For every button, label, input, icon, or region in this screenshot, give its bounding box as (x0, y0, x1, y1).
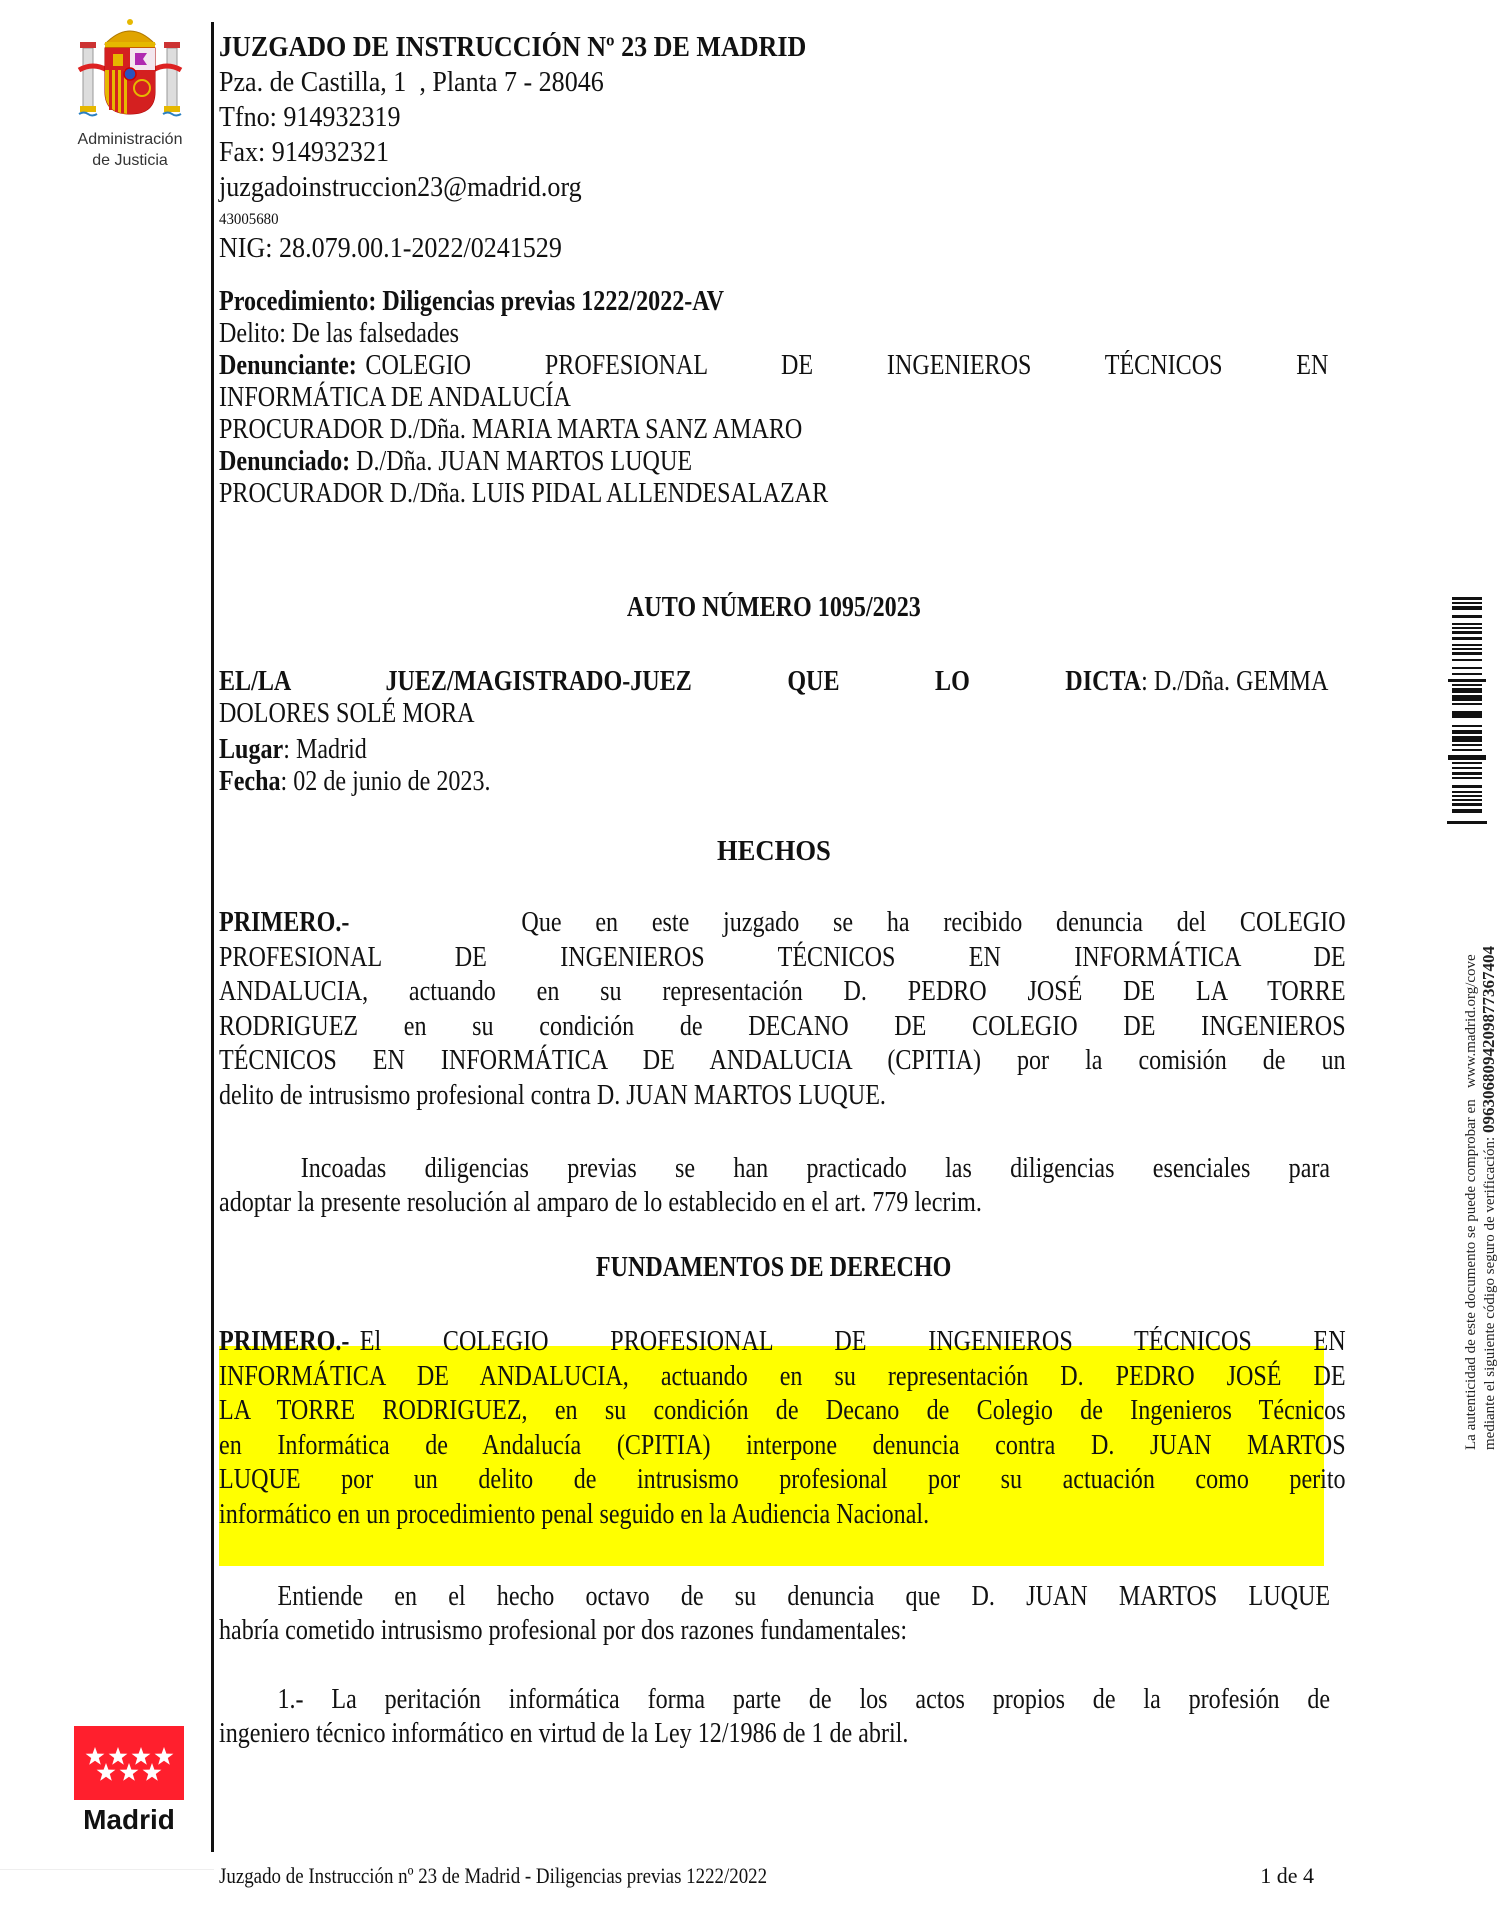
verification-code: 0963068094209877367404 (1479, 946, 1498, 1133)
court-fax: Fax: 914932321 (219, 135, 1329, 170)
page-footer: Juzgado de Instrucción nº 23 de Madrid -… (219, 1862, 1314, 1890)
hechos-primero: PRIMERO.- Que en este juzgado se ha reci… (219, 906, 1346, 1113)
court-name: JUZGADO DE INSTRUCCIÓN Nº 23 DE MADRID (219, 30, 1329, 65)
verification-text: La autenticidad de este documento se pue… (1462, 946, 1499, 1450)
procurador-denunciado: PROCURADOR D./Dña. LUIS PIDAL ALLENDESAL… (219, 478, 1329, 510)
case-info: Procedimiento: Diligencias previas 1222/… (219, 286, 1329, 510)
hechos-segundo: Incoadas diligencias previas se han prac… (219, 1152, 1330, 1220)
footer-divider (0, 1869, 214, 1870)
verification-url[interactable]: www.madrid.org/cove (1463, 954, 1479, 1088)
denunciado: Denunciado: D./Dña. JUAN MARTOS LUQUE (219, 446, 1329, 478)
stars-icon (74, 1726, 184, 1800)
hechos-title: HECHOS (219, 834, 1329, 869)
juez: EL/LA JUEZ/MAGISTRADO-JUEZ QUE LO DICTA … (219, 666, 1328, 730)
denunciante: Denunciante: COLEGIO PROFESIONAL DE INGE… (219, 350, 1328, 414)
procedimiento: Procedimiento: Diligencias previas 1222/… (219, 286, 1329, 318)
page-number: 1 de 4 (1260, 1862, 1314, 1890)
fundamentos-item-1: 1.- La peritación informática forma part… (219, 1683, 1330, 1751)
fundamentos-entiende: Entiende en el hecho octavo de su denunc… (219, 1580, 1330, 1648)
fundamentos-primero-label: PRIMERO.- (219, 1325, 349, 1360)
comunidad-madrid-logo: Madrid (74, 1726, 184, 1836)
footer-reference: Juzgado de Instrucción nº 23 de Madrid -… (219, 1862, 767, 1890)
madrid-flag-icon (74, 1726, 184, 1800)
lugar: Lugar: Madrid (219, 734, 1329, 766)
verification-line-1: La autenticidad de este documento se pue… (1462, 946, 1480, 1450)
fundamentos-primero: PRIMERO.- El COLEGIO PROFESIONAL DE INGE… (219, 1325, 1346, 1532)
logo-caption-line1: Administración (70, 130, 190, 149)
court-header: JUZGADO DE INSTRUCCIÓN Nº 23 DE MADRID P… (219, 30, 1329, 266)
nig: NIG: 28.079.00.1-2022/0241529 (219, 231, 1329, 266)
court-address: Pza. de Castilla, 1 , Planta 7 - 28046 (219, 65, 1329, 100)
margin-rule (211, 22, 214, 1852)
auto-title: AUTO NÚMERO 1095/2023 (219, 590, 1329, 625)
administracion-justicia-logo: Administración de Justicia (70, 18, 190, 170)
barcode-icon (1446, 597, 1488, 827)
fecha: Fecha: 02 de junio de 2023. (219, 766, 1329, 798)
verification-line-2: mediante el siguiente código seguro de v… (1480, 946, 1499, 1450)
court-email: juzgadoinstruccion23@madrid.org (219, 170, 1329, 205)
coat-of-arms-icon (75, 18, 185, 128)
procurador-denunciante: PROCURADOR D./Dña. MARIA MARTA SANZ AMAR… (219, 414, 1329, 446)
auto-details: EL/LA JUEZ/MAGISTRADO-JUEZ QUE LO DICTA … (219, 666, 1329, 798)
delito: Delito: De las falsedades (219, 318, 1329, 350)
fundamentos-title: FUNDAMENTOS DE DERECHO (219, 1250, 1329, 1285)
logo-caption-line2: de Justicia (70, 151, 190, 170)
court-code: 43005680 (219, 209, 1329, 231)
hechos-primero-label: PRIMERO.- (219, 906, 349, 941)
madrid-caption: Madrid (74, 1804, 184, 1836)
court-phone: Tfno: 914932319 (219, 100, 1329, 135)
